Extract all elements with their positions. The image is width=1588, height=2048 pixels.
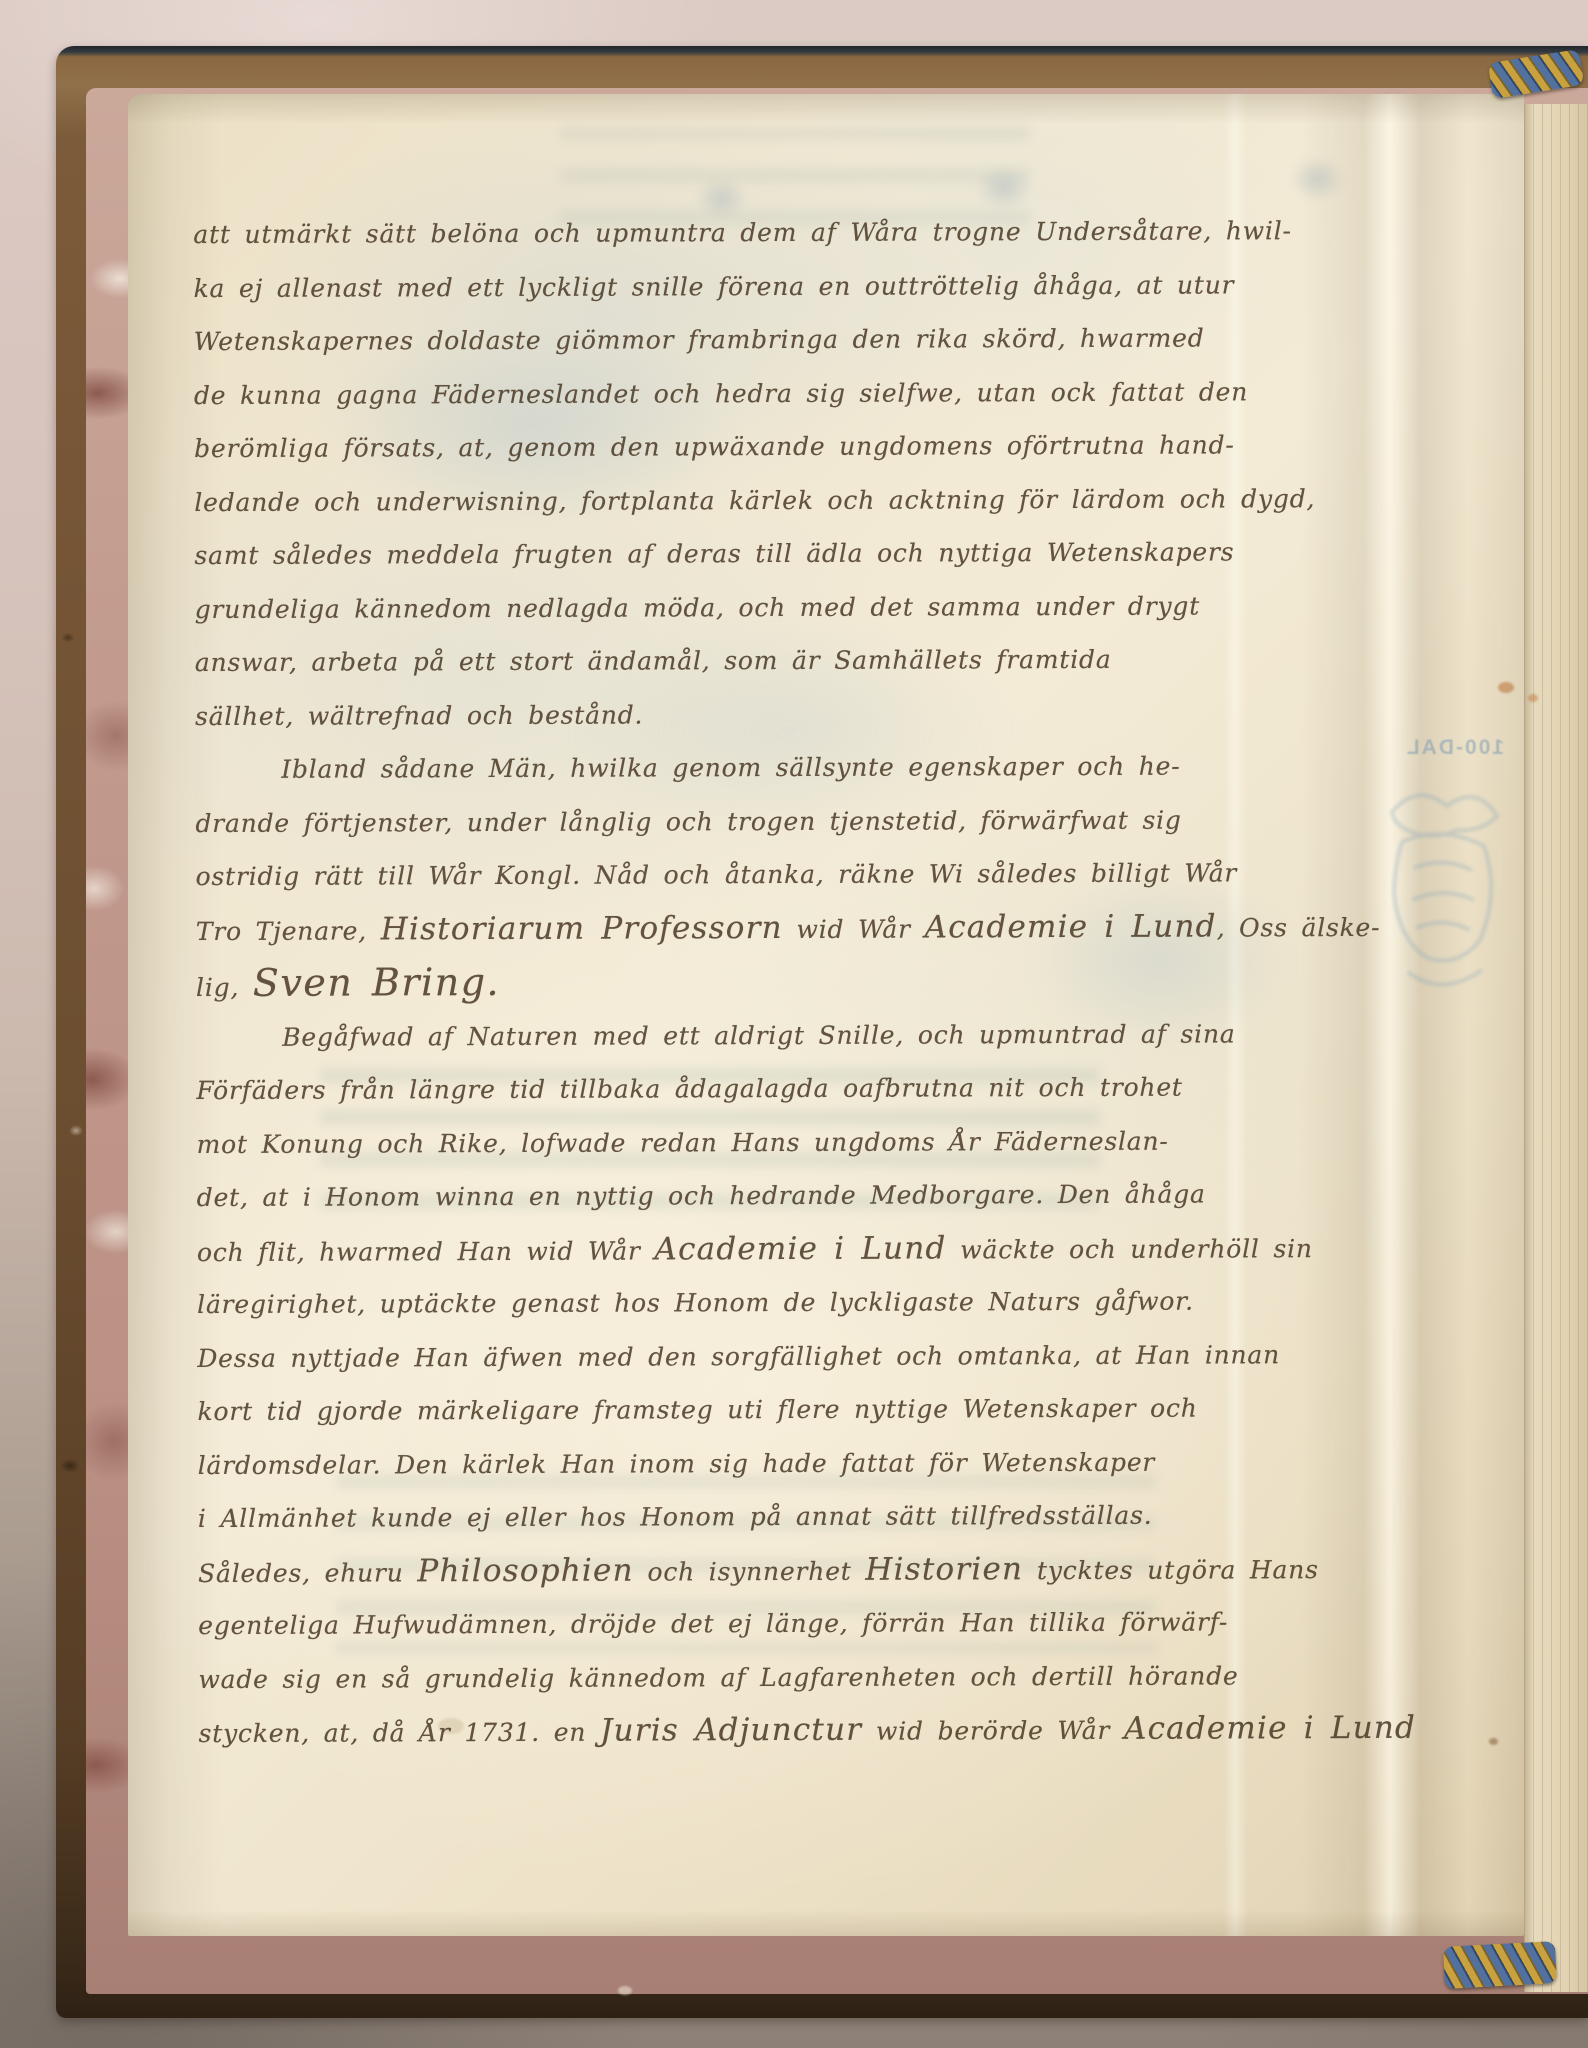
text-segment-latin: Historien (865, 1551, 1023, 1588)
manuscript-text: att utmärkt sätt belöna och upmuntra dem… (193, 204, 1358, 1760)
text-line: sällhet, wältrefnad och bestånd. (195, 685, 1355, 743)
text-segment-latin: Academie i Lund (1124, 1710, 1416, 1747)
text-segment: Wetenskapernes doldaste giömmor frambrin… (194, 324, 1205, 357)
fore-edge-pages (1524, 104, 1588, 1992)
text-segment: de kunna gagna Fäderneslandet och hedra … (194, 377, 1248, 410)
bleedthrough-print-text: 100-DAL (1374, 736, 1504, 760)
text-line: Ibland sådane Män, hwilka genom sällsynt… (195, 739, 1355, 797)
text-segment: lärdomsdelar. Den kärlek Han inom sig ha… (198, 1447, 1156, 1479)
text-line: det, at i Honom winna en nyttig och hedr… (197, 1167, 1357, 1225)
text-segment: Dessa nyttjade Han äfwen med den sorgfäl… (197, 1340, 1280, 1373)
text-segment: Ibland sådane Män, hwilka genom sällsynt… (281, 752, 1180, 784)
text-segment: ledande och underwisning, fortplanta kär… (194, 484, 1315, 517)
text-line: i Allmänhet kunde ej eller hos Honom på … (198, 1488, 1358, 1546)
text-line: Wetenskapernes doldaste giömmor frambrin… (194, 311, 1354, 369)
text-segment: ostridig rätt till Wår Kongl. Nåd och åt… (196, 858, 1238, 891)
text-segment: i Allmänhet kunde ej eller hos Honom på … (198, 1501, 1153, 1533)
text-segment: ka ej allenast med ett lyckligt snille f… (194, 270, 1235, 303)
text-segment: , Oss älske- (1217, 912, 1381, 942)
text-line: Begåfwad af Naturen med ett aldrigt Snil… (196, 1006, 1356, 1064)
text-segment-latin: Historiarum Professorn (381, 909, 783, 946)
bleedthrough-crest (1362, 772, 1522, 1022)
text-segment: drande förtjenster, under långlig och tr… (195, 805, 1181, 837)
text-line: drande förtjenster, under långlig och tr… (195, 792, 1355, 850)
text-line: lärdomsdelar. Den kärlek Han inom sig ha… (198, 1434, 1358, 1492)
text-segment: answar, arbeta på ett stort ändamål, som… (195, 645, 1112, 677)
text-segment: det, at i Honom winna en nyttig och hedr… (197, 1180, 1206, 1213)
text-line: och flit, hwarmed Han wid Wår Academie i… (197, 1220, 1357, 1278)
text-line: Tro Tjenare, Historiarum Professorn wid … (196, 899, 1356, 957)
text-segment: Tro Tjenare, (196, 916, 381, 946)
text-segment: wäckte och underhöll sin (946, 1234, 1312, 1264)
text-line: ostridig rätt till Wår Kongl. Nåd och åt… (196, 846, 1356, 904)
text-segment: samt således meddela frugten af deras ti… (194, 537, 1234, 570)
text-line: kort tid gjorde märkeligare framsteg uti… (197, 1381, 1357, 1439)
text-segment: Således, ehuru (198, 1558, 417, 1588)
text-segment-name: Sven Bring. (253, 960, 500, 1005)
text-segment: berömliga försats, at, genom den upwäxan… (194, 430, 1235, 463)
text-line: de kunna gagna Fäderneslandet och hedra … (194, 364, 1354, 422)
text-segment: Begåfwad af Naturen med ett aldrigt Snil… (282, 1019, 1235, 1051)
text-segment: stycken, at, då År 1731. en (199, 1718, 600, 1748)
text-line: att utmärkt sätt belöna och upmuntra dem… (193, 204, 1353, 262)
text-line: stycken, at, då År 1731. en Juris Adjunc… (199, 1702, 1359, 1760)
text-line: Förfäders från längre tid tillbaka ådaga… (196, 1060, 1356, 1118)
headband-braid-bottom (1443, 1941, 1557, 1989)
text-segment: wid berörde Wår (862, 1716, 1124, 1746)
text-segment-latin: Academie i Lund (654, 1230, 946, 1267)
text-line: egenteliga Hufwudämnen, dröjde det ej lä… (198, 1595, 1358, 1653)
text-segment: lig, (196, 973, 253, 1002)
text-segment: sällhet, wältrefnad och bestånd. (195, 700, 643, 731)
text-line: lig, Sven Bring. (196, 953, 1356, 1011)
text-segment: tycktes utgöra Hans (1023, 1555, 1319, 1585)
text-segment: Förfäders från längre tid tillbaka ådaga… (196, 1073, 1182, 1105)
text-segment-latin: Academie i Lund (925, 908, 1217, 945)
text-line: answar, arbeta på ett stort ändamål, som… (195, 632, 1355, 690)
text-line: wade sig en så grundelig kännedom af Lag… (198, 1648, 1358, 1706)
text-segment: mot Konung och Rike, lofwade redan Hans … (197, 1126, 1169, 1158)
text-line: Dessa nyttjade Han äfwen med den sorgfäl… (197, 1327, 1357, 1385)
text-segment: läregirighet, uptäckte genast hos Honom … (197, 1287, 1194, 1319)
text-segment: och flit, hwarmed Han wid Wår (197, 1236, 655, 1267)
text-line: grundeliga kännedom nedlagda möda, och m… (195, 578, 1355, 636)
text-line: ka ej allenast med ett lyckligt snille f… (193, 257, 1353, 315)
text-line: ledande och underwisning, fortplanta kär… (194, 471, 1354, 529)
text-segment: kort tid gjorde märkeligare framsteg uti… (197, 1394, 1197, 1426)
scan-background: 100-DAL att utmärkt sätt belöna och upmu… (0, 0, 1588, 2048)
text-line: berömliga försats, at, genom den upwäxan… (194, 418, 1354, 476)
text-segment-latin: Philosophien (417, 1552, 633, 1589)
text-segment: grundeliga kännedom nedlagda möda, och m… (195, 591, 1200, 624)
text-segment: att utmärkt sätt belöna och upmuntra dem… (193, 216, 1292, 249)
text-segment-latin: Juris Adjunctur (600, 1712, 862, 1749)
text-segment: wid Wår (783, 914, 925, 943)
text-line: mot Konung och Rike, lofwade redan Hans … (196, 1113, 1356, 1171)
text-segment: wade sig en så grundelig kännedom af Lag… (198, 1661, 1238, 1694)
text-line: läregirighet, uptäckte genast hos Honom … (197, 1274, 1357, 1332)
text-line: Således, ehuru Philosophien och isynnerh… (198, 1541, 1358, 1599)
text-segment: och isynnerhet (634, 1556, 866, 1586)
text-line: samt således meddela frugten af deras ti… (194, 525, 1354, 583)
text-segment: egenteliga Hufwudämnen, dröjde det ej lä… (198, 1607, 1228, 1640)
